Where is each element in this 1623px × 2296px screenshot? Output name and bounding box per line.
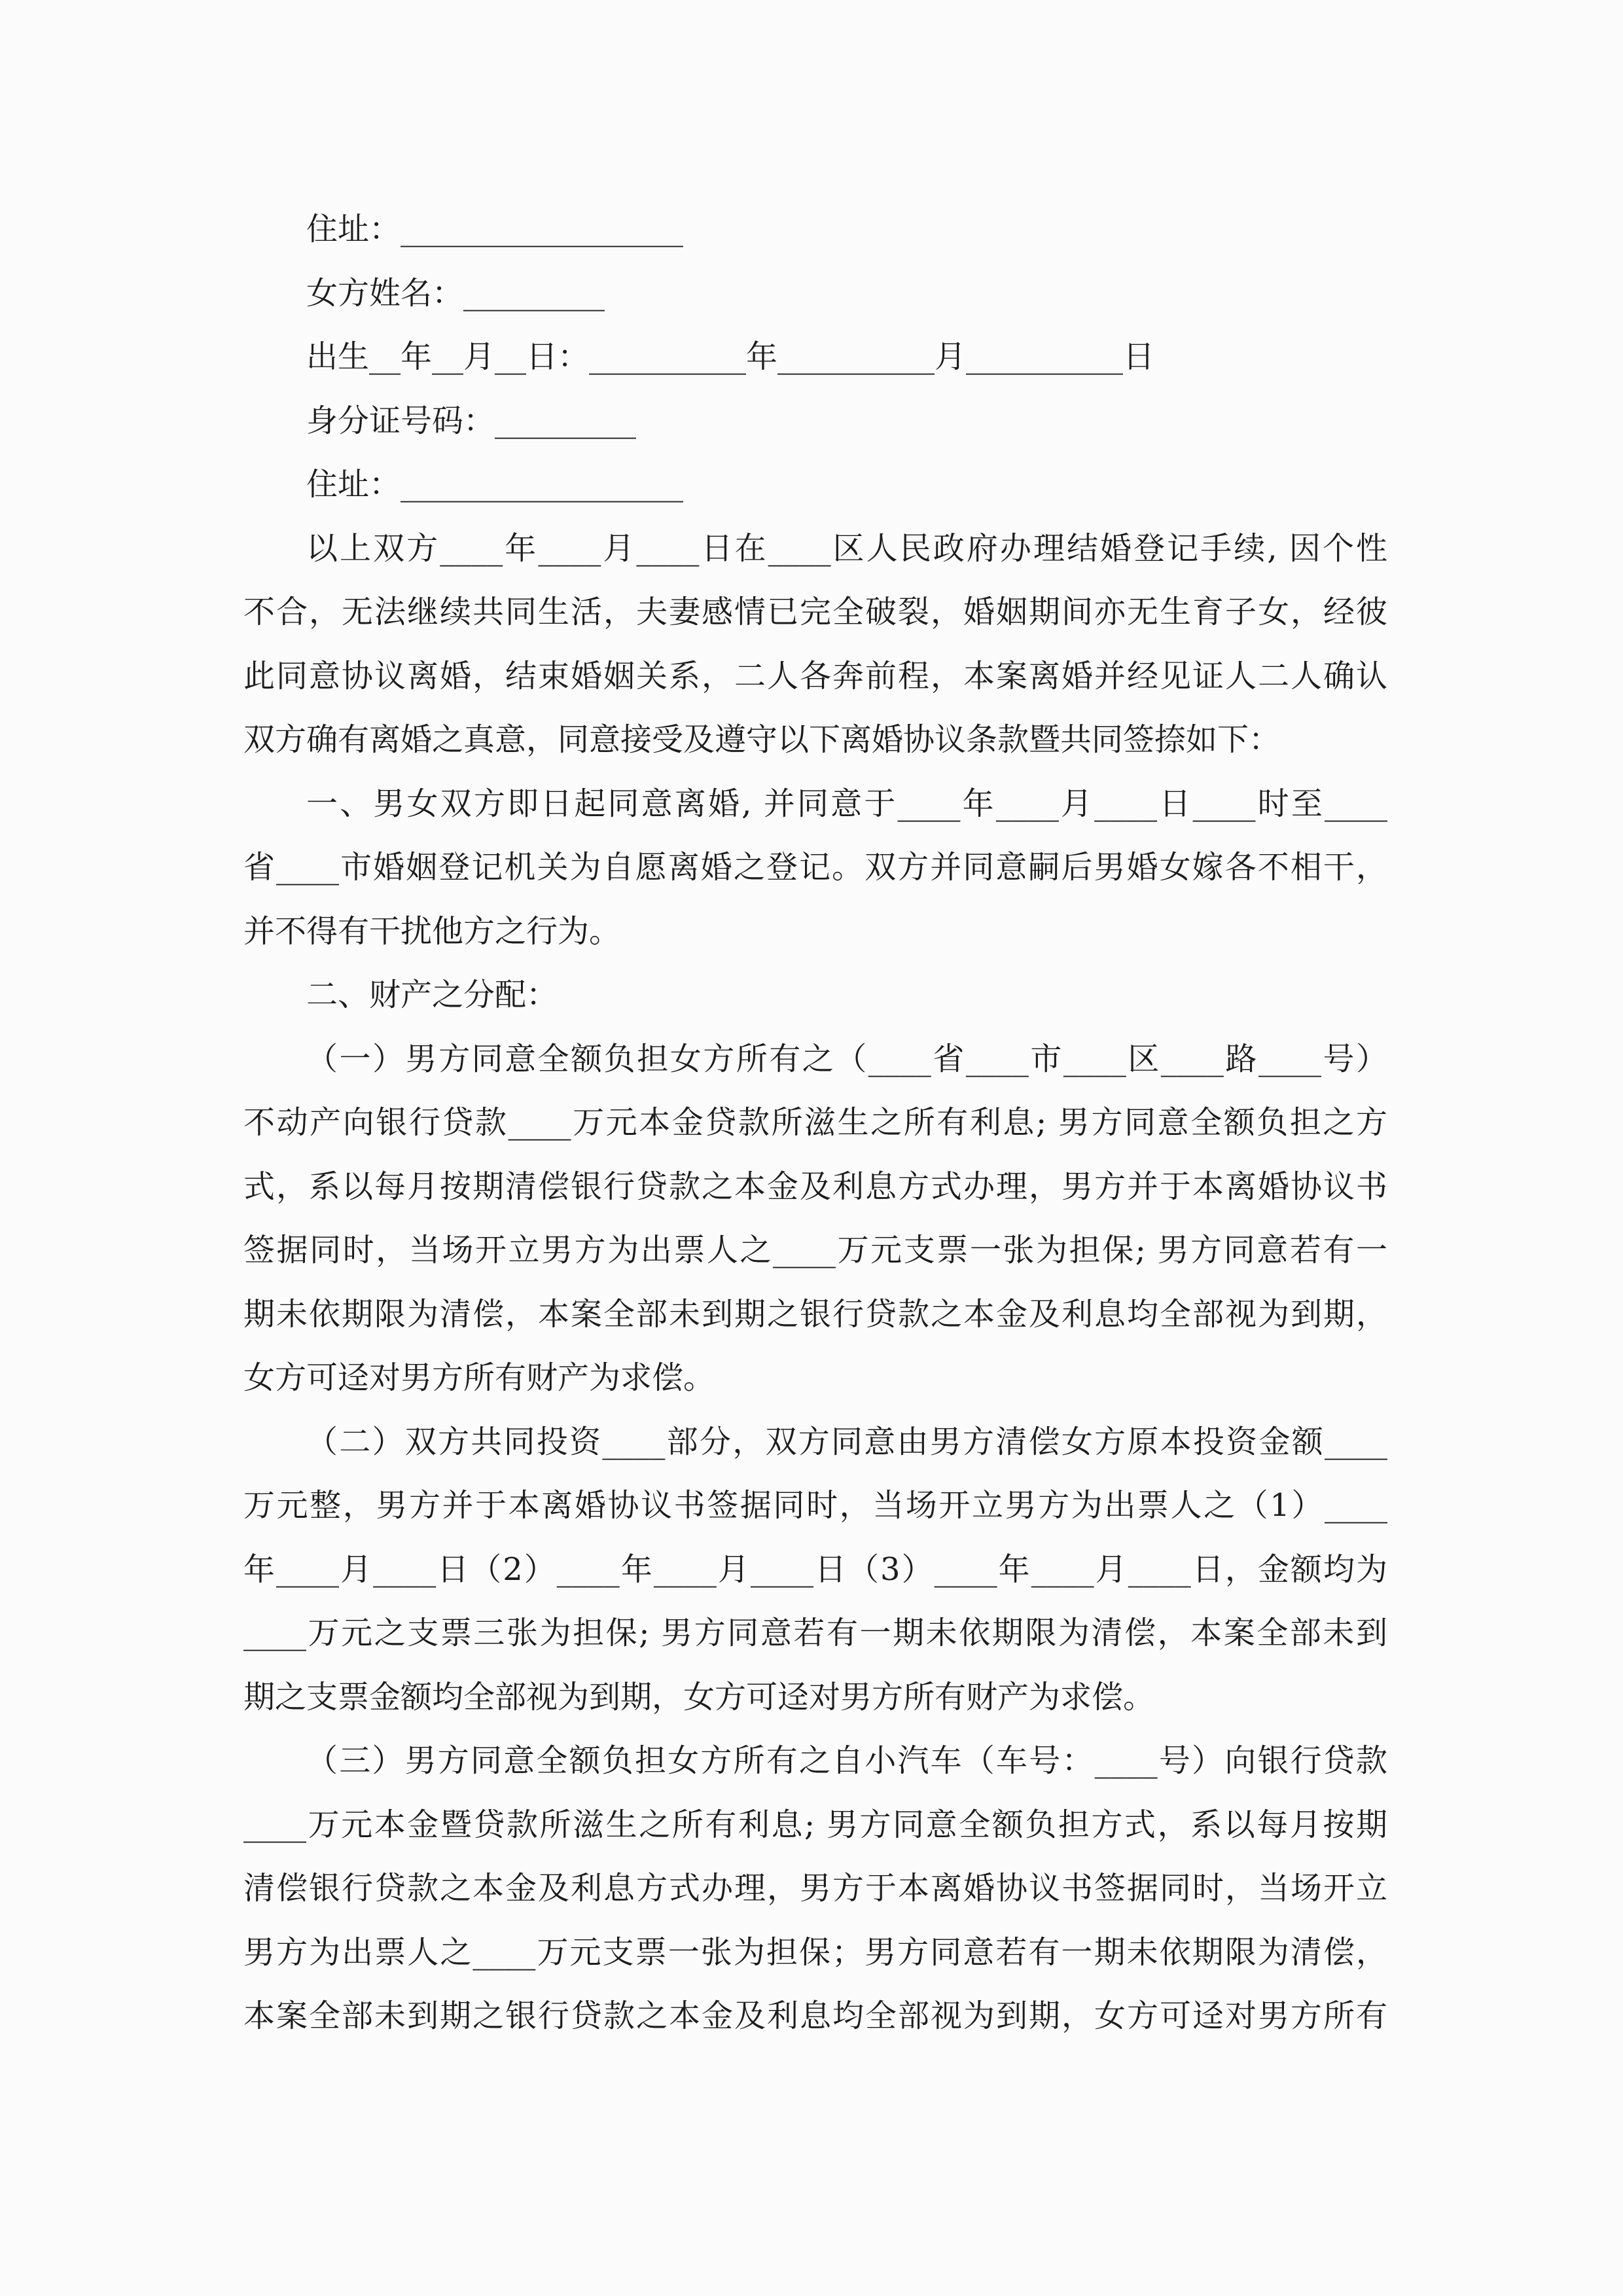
text-line-20: （二）双方共同投资____部分，双方同意由男方清偿女方原本投资金额____ [243,1410,1387,1475]
text-line-25: （三）男方同意全额负担女方所有之自小汽车（车号：____号）向银行贷款 [243,1729,1387,1793]
text-line-8: 此同意协议离婚，结束婚姻关系，二人各奔前程，本案离婚并经见证人二人确认 [243,645,1387,709]
text-line-3: 出生__年__月__日：__________年__________月______… [243,325,1387,389]
text-line-6: 以上双方____年____月____日在____区人民政府办理结婚登记手续, 因… [243,517,1387,581]
document-lines: 住址：__________________女方姓名：_________出生__年… [243,198,1387,2049]
text-line-28: 男方为出票人之____万元支票一张为担保；男方同意若有一期未依期限为清偿， [243,1921,1387,1985]
text-line-14: （一）男方同意全额负担女方所有之（____省____市____区____路___… [243,1028,1387,1092]
text-line-5: 住址：__________________ [243,453,1387,517]
text-line-19: 女方可迳对男方所有财产为求偿。 [243,1346,1387,1410]
text-line-22: 年____月____日（2）____年____月____日（3）____年___… [243,1538,1387,1602]
text-line-23: ____万元之支票三张为担保; 男方同意若有一期未依期限为清偿，本案全部未到 [243,1602,1387,1666]
text-line-9: 双方确有离婚之真意，同意接受及遵守以下离婚协议条款暨共同签捺如下： [243,708,1387,772]
document-page: 住址：__________________女方姓名：_________出生__年… [0,0,1623,2296]
text-line-18: 期未依期限为清偿，本案全部未到期之银行贷款之本金及利息均全部视为到期， [243,1283,1387,1347]
text-line-27: 清偿银行贷款之本金及利息方式办理，男方于本离婚协议书签据同时，当场开立 [243,1857,1387,1921]
text-line-21: 万元整，男方并于本离婚协议书签据同时，当场开立男方为出票人之（1）____ [243,1474,1387,1538]
text-line-29: 本案全部未到期之银行贷款之本金及利息均全部视为到期，女方可迳对男方所有 [243,1984,1387,2049]
text-line-24: 期之支票金额均全部视为到期，女方可迳对男方所有财产为求偿。 [243,1666,1387,1730]
text-line-16: 式，系以每月按期清偿银行贷款之本金及利息方式办理，男方并于本离婚协议书 [243,1155,1387,1219]
text-line-12: 并不得有干扰他方之行为。 [243,900,1387,964]
text-line-13: 二、财产之分配： [243,963,1387,1028]
text-line-1: 住址：__________________ [243,198,1387,262]
text-line-17: 签据同时，当场开立男方为出票人之____万元支票一张为担保; 男方同意若有一 [243,1219,1387,1283]
text-line-4: 身分证号码：_________ [243,389,1387,454]
text-line-10: 一、男女双方即日起同意离婚, 并同意于____年____月____日____时至… [243,772,1387,836]
text-line-11: 省____市婚姻登记机关为自愿离婚之登记。双方并同意嗣后男婚女嫁各不相干， [243,836,1387,900]
text-line-26: ____万元本金暨贷款所滋生之所有利息; 男方同意全额负担方式，系以每月按期 [243,1793,1387,1857]
text-line-2: 女方姓名：_________ [243,262,1387,326]
text-line-7: 不合，无法继续共同生活，夫妻感情已完全破裂，婚姻期间亦无生育子女，经彼 [243,581,1387,645]
text-line-15: 不动产向银行贷款____万元本金贷款所滋生之所有利息; 男方同意全额负担之方 [243,1091,1387,1155]
